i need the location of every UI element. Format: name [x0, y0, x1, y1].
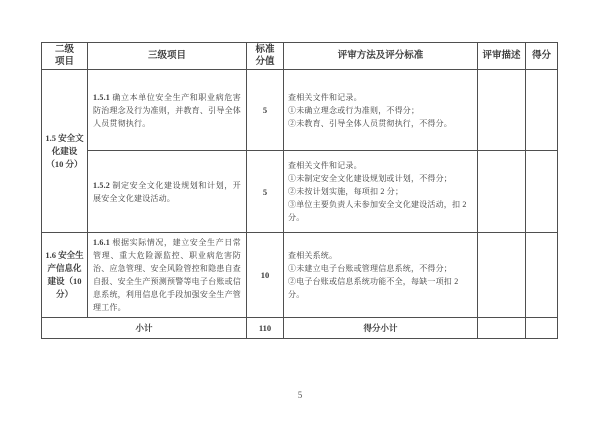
score-value-cell: [526, 233, 558, 318]
header-standard-score: 标准分值: [247, 43, 284, 70]
score-value-cell: [526, 318, 558, 339]
criteria-line: ③单位主要负责人未参加安全文化建设活动，扣 2 分。: [288, 198, 473, 224]
subtotal-right-label-cell: 得分小计: [284, 318, 478, 339]
subtotal-score-cell: 110: [247, 318, 284, 339]
item-text: 根据实际情况，建立安全生产日常管理、重大危险源监控、职业病危害防治、应急管理、安…: [93, 238, 241, 312]
item-code: 1.5.1: [93, 93, 110, 102]
subtotal-row: 小计 110 得分小计: [42, 318, 558, 339]
header-review-description: 评审描述: [478, 43, 526, 70]
criteria-cell-1-5-1: 查相关文件和记录。 ①未确立理念或行为准则，不得分； ②未教育、引导全体人员贯彻…: [284, 70, 478, 151]
criteria-line: ①未确立理念或行为准则，不得分；: [288, 104, 473, 117]
category-cell-1-6: 1.6 安全生产信息化建设（10 分）: [42, 233, 88, 318]
table-row-1-5-1: 1.5 安全文化建设（10 分） 1.5.1确立本单位安全生产和职业病危害防治理…: [42, 70, 558, 151]
header-row: 二级项目 三级项目 标准分值 评审方法及评分标准 评审描述 得分: [42, 43, 558, 70]
evaluation-table: 二级项目 三级项目 标准分值 评审方法及评分标准 评审描述 得分 1.5 安全文…: [41, 42, 558, 339]
criteria-cell-1-6-1: 查相关系统。 ①未建立电子台账或管理信息系统，不得分； ②电子台账或信息系统功能…: [284, 233, 478, 318]
header-secondary-project-label: 二级项目: [55, 44, 74, 68]
score-value-cell: [526, 151, 558, 233]
item-text: 制定安全文化建设规划和计划，开展安全文化建设活动。: [93, 181, 241, 203]
score-value-cell: [526, 70, 558, 151]
score-cell-1-6-1: 10: [247, 233, 284, 318]
criteria-line: ②未教育、引导全体人员贯彻执行，不得分。: [288, 117, 473, 130]
item-cell-1-5-1: 1.5.1确立本单位安全生产和职业病危害防治理念及行为准则，并教育、引导全体人员…: [88, 70, 247, 151]
review-description-cell: [478, 233, 526, 318]
header-review-method: 评审方法及评分标准: [284, 43, 478, 70]
score-cell-1-5-2: 5: [247, 151, 284, 233]
review-description-cell: [478, 70, 526, 151]
category-cell-1-5: 1.5 安全文化建设（10 分）: [42, 70, 88, 233]
header-tertiary-project: 三级项目: [88, 43, 247, 70]
review-description-cell: [478, 318, 526, 339]
table-row-1-6-1: 1.6 安全生产信息化建设（10 分） 1.6.1根据实际情况，建立安全生产日常…: [42, 233, 558, 318]
header-score: 得分: [526, 43, 558, 70]
criteria-line: 查相关系统。: [288, 249, 473, 262]
page-number: 5: [0, 390, 600, 400]
criteria-line: ②未按计划实施，每项扣 2 分；: [288, 185, 473, 198]
item-cell-1-5-2: 1.5.2制定安全文化建设规划和计划，开展安全文化建设活动。: [88, 151, 247, 233]
document-page: 二级项目 三级项目 标准分值 评审方法及评分标准 评审描述 得分 1.5 安全文…: [0, 0, 600, 424]
criteria-line: ②电子台账或信息系统功能不全，每缺一项扣 2 分。: [288, 275, 473, 301]
criteria-line: 查相关文件和记录。: [288, 159, 473, 172]
table-row-1-5-2: 1.5.2制定安全文化建设规划和计划，开展安全文化建设活动。 5 查相关文件和记…: [42, 151, 558, 233]
subtotal-label-cell: 小计: [42, 318, 247, 339]
item-code: 1.5.2: [93, 181, 110, 190]
header-secondary-project: 二级项目: [42, 43, 88, 70]
review-description-cell: [478, 151, 526, 233]
item-cell-1-6-1: 1.6.1根据实际情况，建立安全生产日常管理、重大危险源监控、职业病危害防治、应…: [88, 233, 247, 318]
item-text: 确立本单位安全生产和职业病危害防治理念及行为准则，并教育、引导全体人员贯彻执行。: [93, 93, 241, 128]
criteria-line: ①未制定安全文化建设规划或计划，不得分；: [288, 172, 473, 185]
score-cell-1-5-1: 5: [247, 70, 284, 151]
evaluation-table-wrapper: 二级项目 三级项目 标准分值 评审方法及评分标准 评审描述 得分 1.5 安全文…: [41, 42, 558, 339]
criteria-line: ①未建立电子台账或管理信息系统，不得分；: [288, 262, 473, 275]
header-standard-score-label: 标准分值: [256, 44, 275, 68]
item-code: 1.6.1: [93, 238, 110, 247]
criteria-cell-1-5-2: 查相关文件和记录。 ①未制定安全文化建设规划或计划，不得分； ②未按计划实施，每…: [284, 151, 478, 233]
criteria-line: 查相关文件和记录。: [288, 91, 473, 104]
